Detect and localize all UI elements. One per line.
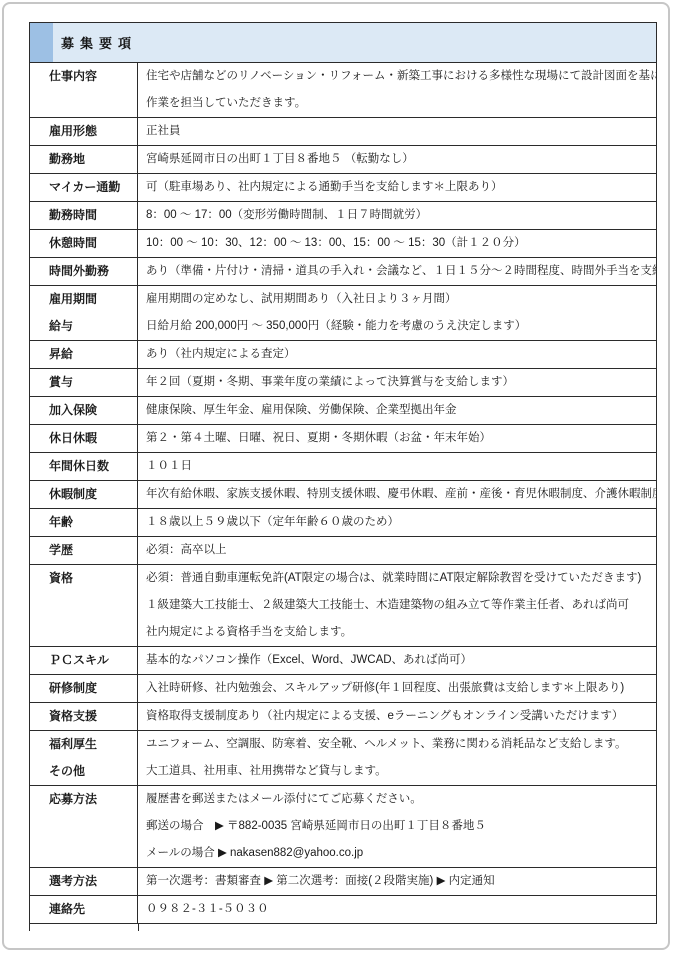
row-value-line: 資格取得支援制度あり（社内規定による支援、eラーニングもオンライン受講いただけま…: [146, 703, 652, 730]
row-value: 健康保険、厚生年金、雇用保険、労働保険、企業型拠出年金: [138, 397, 656, 424]
row-label-line: 年間休日数: [49, 453, 135, 480]
row-label: 学歴: [30, 537, 138, 564]
row-label: 昇給: [30, 341, 138, 368]
recruitment-table: 募集要項 仕事内容住宅や店舗などのリノベーション・リフォーム・新築工事における多…: [29, 22, 657, 924]
row-value: 年２回（夏期・冬期、事業年度の業績によって決算賞与を支給します）: [138, 369, 656, 396]
table-continuation-stub: [29, 924, 139, 931]
row-label: 時間外勤務: [30, 258, 138, 285]
document-page: 募集要項 仕事内容住宅や店舗などのリノベーション・リフォーム・新築工事における多…: [2, 2, 670, 950]
row-value: 必須：普通自動車運転免許(AT限定の場合は、就業時間にAT限定解除教習を受けてい…: [138, 565, 656, 646]
row-value: 第一次選考：書類審査 ▶ 第二次選考：面接(２段階実施) ▶ 内定通知: [138, 868, 656, 895]
row-value-line: 年次有給休暇、家族支援休暇、特別支援休暇、慶弔休暇、産前・産後・育児休暇制度、介…: [146, 481, 652, 508]
row-value: あり（準備・片付け・清掃・道具の手入れ・会議など、１日１５分～２時間程度、時間外…: [138, 258, 656, 285]
row-value-line: 日給月給 200,000円 ～ 350,000円（経験・能力を考慮のうえ決定しま…: [146, 313, 652, 340]
row-label: 資格: [30, 565, 138, 646]
row-label: 雇用形態: [30, 118, 138, 145]
row-value: 入社時研修、社内勉強会、スキルアップ研修(年１回程度、出張旅費は支給します＊上限…: [138, 675, 656, 702]
row-label: マイカー通勤: [30, 174, 138, 201]
row-label: 資格支援: [30, 703, 138, 730]
row-value-line: ０９８２-３１-５０３０: [146, 896, 652, 923]
row-value: 雇用期間の定めなし、試用期間あり（入社日より３ヶ月間）日給月給 200,000円…: [138, 286, 656, 340]
row-value-line: 作業を担当していただきます。: [146, 90, 652, 117]
table-row: 賞与年２回（夏期・冬期、事業年度の業績によって決算賞与を支給します）: [30, 368, 656, 396]
row-label-line: その他: [49, 758, 135, 785]
table-row: 雇用形態正社員: [30, 117, 656, 145]
row-value: 年次有給休暇、家族支援休暇、特別支援休暇、慶弔休暇、産前・産後・育児休暇制度、介…: [138, 481, 656, 508]
row-value-line: １０１日: [146, 453, 652, 480]
row-label-line: 休憩時間: [49, 230, 135, 257]
row-label: 休憩時間: [30, 230, 138, 257]
row-value-line: 郵送の場合 ▶ 〒882-0035 宮崎県延岡市日の出町１丁目８番地５: [146, 813, 652, 840]
row-value-line: 年２回（夏期・冬期、事業年度の業績によって決算賞与を支給します）: [146, 369, 652, 396]
row-label-line: 休暇制度: [49, 481, 135, 508]
row-label: 勤務地: [30, 146, 138, 173]
row-label-line: 休日休暇: [49, 425, 135, 452]
row-value: 宮崎県延岡市日の出町１丁目８番地５ （転勤なし）: [138, 146, 656, 173]
row-label-line: 給与: [49, 313, 135, 340]
row-label: 休暇制度: [30, 481, 138, 508]
row-value: ０９８２-３１-５０３０: [138, 896, 656, 923]
table-row: 福利厚生その他ユニフォーム、空調服、防寒着、安全靴、ヘルメット、業務に関わる消耗…: [30, 730, 656, 785]
row-label-line: 学歴: [49, 537, 135, 564]
row-value: 正社員: [138, 118, 656, 145]
table-row: 休日休暇第２・第４土曜、日曜、祝日、夏期・冬期休暇（お盆・年末年始）: [30, 424, 656, 452]
page-title: 募集要項: [53, 23, 137, 62]
row-label: 応募方法: [30, 786, 138, 867]
row-value-line: あり（準備・片付け・清掃・道具の手入れ・会議など、１日１５分～２時間程度、時間外…: [146, 258, 652, 285]
row-value-line: 可（駐車場あり、社内規定による通勤手当を支給します＊上限あり）: [146, 174, 652, 201]
table-row: 勤務地宮崎県延岡市日の出町１丁目８番地５ （転勤なし）: [30, 145, 656, 173]
row-value-line: メールの場合 ▶ nakasen882@yahoo.co.jp: [146, 840, 652, 867]
row-label: 雇用期間給与: [30, 286, 138, 340]
row-label-line: マイカー通勤: [49, 174, 135, 201]
row-label-line: 連絡先: [49, 896, 135, 923]
row-value: あり（社内規定による査定）: [138, 341, 656, 368]
table-row: 雇用期間給与雇用期間の定めなし、試用期間あり（入社日より３ヶ月間）日給月給 20…: [30, 285, 656, 340]
row-value-line: 8：00 ～ 17：00（変形労働時間制、１日７時間就労）: [146, 202, 652, 229]
row-label-line: 応募方法: [49, 786, 135, 813]
table-row: 勤務時間8：00 ～ 17：00（変形労働時間制、１日７時間就労）: [30, 201, 656, 229]
row-value-line: 社内規定による資格手当を支給します。: [146, 619, 652, 646]
row-label: 仕事内容: [30, 63, 138, 117]
row-value-line: 住宅や店舗などのリノベーション・リフォーム・新築工事における多様性な現場にて設計…: [146, 63, 652, 90]
table-row: ＰＣスキル基本的なパソコン操作（Excel、Word、JWCAD、あれば尚可）: [30, 646, 656, 674]
row-label: 賞与: [30, 369, 138, 396]
table-row: 年間休日数１０１日: [30, 452, 656, 480]
row-label: 休日休暇: [30, 425, 138, 452]
row-label-line: ＰＣスキル: [49, 647, 135, 674]
table-row: 仕事内容住宅や店舗などのリノベーション・リフォーム・新築工事における多様性な現場…: [30, 62, 656, 117]
row-value: 8：00 ～ 17：00（変形労働時間制、１日７時間就労）: [138, 202, 656, 229]
table-body: 仕事内容住宅や店舗などのリノベーション・リフォーム・新築工事における多様性な現場…: [30, 62, 656, 923]
row-value: 第２・第４土曜、日曜、祝日、夏期・冬期休暇（お盆・年末年始）: [138, 425, 656, 452]
row-value: １８歳以上５９歳以下（定年年齢６０歳のため）: [138, 509, 656, 536]
row-label-line: 勤務地: [49, 146, 135, 173]
row-value-line: 履歴書を郵送またはメール添付にてご応募ください。: [146, 786, 652, 813]
row-label: 研修制度: [30, 675, 138, 702]
row-value: 資格取得支援制度あり（社内規定による支援、eラーニングもオンライン受講いただけま…: [138, 703, 656, 730]
row-label-line: 昇給: [49, 341, 135, 368]
table-row: 休暇制度年次有給休暇、家族支援休暇、特別支援休暇、慶弔休暇、産前・産後・育児休暇…: [30, 480, 656, 508]
header-accent-block: [30, 23, 53, 62]
row-value-line: 宮崎県延岡市日の出町１丁目８番地５ （転勤なし）: [146, 146, 652, 173]
row-value-line: 健康保険、厚生年金、雇用保険、労働保険、企業型拠出年金: [146, 397, 652, 424]
row-value: １０１日: [138, 453, 656, 480]
row-value-line: 正社員: [146, 118, 652, 145]
row-value-line: 第一次選考：書類審査 ▶ 第二次選考：面接(２段階実施) ▶ 内定通知: [146, 868, 652, 895]
row-value: 基本的なパソコン操作（Excel、Word、JWCAD、あれば尚可）: [138, 647, 656, 674]
table-row: 資格必須：普通自動車運転免許(AT限定の場合は、就業時間にAT限定解除教習を受け…: [30, 564, 656, 646]
row-label-line: 勤務時間: [49, 202, 135, 229]
table-row: 学歴必須：高卒以上: [30, 536, 656, 564]
table-row: マイカー通勤可（駐車場あり、社内規定による通勤手当を支給します＊上限あり）: [30, 173, 656, 201]
table-row: 時間外勤務あり（準備・片付け・清掃・道具の手入れ・会議など、１日１５分～２時間程…: [30, 257, 656, 285]
row-label-line: 選考方法: [49, 868, 135, 895]
row-label: 年間休日数: [30, 453, 138, 480]
row-label-line: 資格: [49, 565, 135, 592]
row-label-line: 雇用期間: [49, 286, 135, 313]
row-value-line: ユニフォーム、空調服、防寒着、安全靴、ヘルメット、業務に関わる消耗品など支給しま…: [146, 731, 652, 758]
row-label: ＰＣスキル: [30, 647, 138, 674]
row-label-line: 雇用形態: [49, 118, 135, 145]
row-label-line: 研修制度: [49, 675, 135, 702]
table-row: 連絡先０９８２-３１-５０３０: [30, 895, 656, 923]
table-row: 加入保険健康保険、厚生年金、雇用保険、労働保険、企業型拠出年金: [30, 396, 656, 424]
row-value-line: 必須：高卒以上: [146, 537, 652, 564]
row-value-line: 基本的なパソコン操作（Excel、Word、JWCAD、あれば尚可）: [146, 647, 652, 674]
row-value: 必須：高卒以上: [138, 537, 656, 564]
row-label-line: 年齢: [49, 509, 135, 536]
row-label: 加入保険: [30, 397, 138, 424]
row-value-line: １級建築大工技能士、２級建築大工技能士、木造建築物の組み立て等作業主任者、あれば…: [146, 592, 652, 619]
table-row: 年齢１８歳以上５９歳以下（定年年齢６０歳のため）: [30, 508, 656, 536]
row-value: 履歴書を郵送またはメール添付にてご応募ください。郵送の場合 ▶ 〒882-003…: [138, 786, 656, 867]
row-label-line: 時間外勤務: [49, 258, 135, 285]
row-label-line: 資格支援: [49, 703, 135, 730]
row-value-line: 必須：普通自動車運転免許(AT限定の場合は、就業時間にAT限定解除教習を受けてい…: [146, 565, 652, 592]
row-value: 10：00 ～ 10：30、12：00 ～ 13：00、15：00 ～ 15：3…: [138, 230, 656, 257]
row-value-line: １８歳以上５９歳以下（定年年齢６０歳のため）: [146, 509, 652, 536]
table-row: 選考方法第一次選考：書類審査 ▶ 第二次選考：面接(２段階実施) ▶ 内定通知: [30, 867, 656, 895]
row-value: 住宅や店舗などのリノベーション・リフォーム・新築工事における多様性な現場にて設計…: [138, 63, 656, 117]
table-row: 昇給あり（社内規定による査定）: [30, 340, 656, 368]
row-value-line: 第２・第４土曜、日曜、祝日、夏期・冬期休暇（お盆・年末年始）: [146, 425, 652, 452]
row-value-line: 大工道具、社用車、社用携帯など貸与します。: [146, 758, 652, 785]
table-row: 資格支援資格取得支援制度あり（社内規定による支援、eラーニングもオンライン受講い…: [30, 702, 656, 730]
row-value-line: あり（社内規定による査定）: [146, 341, 652, 368]
row-value-line: 10：00 ～ 10：30、12：00 ～ 13：00、15：00 ～ 15：3…: [146, 230, 652, 257]
table-row: 研修制度入社時研修、社内勉強会、スキルアップ研修(年１回程度、出張旅費は支給しま…: [30, 674, 656, 702]
row-label-line: 福利厚生: [49, 731, 135, 758]
row-label: 連絡先: [30, 896, 138, 923]
row-label: 福利厚生その他: [30, 731, 138, 785]
row-label: 年齢: [30, 509, 138, 536]
row-value-line: 雇用期間の定めなし、試用期間あり（入社日より３ヶ月間）: [146, 286, 652, 313]
table-header-row: 募集要項: [30, 23, 656, 62]
row-label: 勤務時間: [30, 202, 138, 229]
table-row: 休憩時間10：00 ～ 10：30、12：00 ～ 13：00、15：00 ～ …: [30, 229, 656, 257]
row-label: 選考方法: [30, 868, 138, 895]
row-value: 可（駐車場あり、社内規定による通勤手当を支給します＊上限あり）: [138, 174, 656, 201]
row-value-line: 入社時研修、社内勉強会、スキルアップ研修(年１回程度、出張旅費は支給します＊上限…: [146, 675, 652, 702]
row-label-line: 仕事内容: [49, 63, 135, 90]
row-label-line: 賞与: [49, 369, 135, 396]
row-label-line: 加入保険: [49, 397, 135, 424]
row-value: ユニフォーム、空調服、防寒着、安全靴、ヘルメット、業務に関わる消耗品など支給しま…: [138, 731, 656, 785]
table-row: 応募方法履歴書を郵送またはメール添付にてご応募ください。郵送の場合 ▶ 〒882…: [30, 785, 656, 867]
